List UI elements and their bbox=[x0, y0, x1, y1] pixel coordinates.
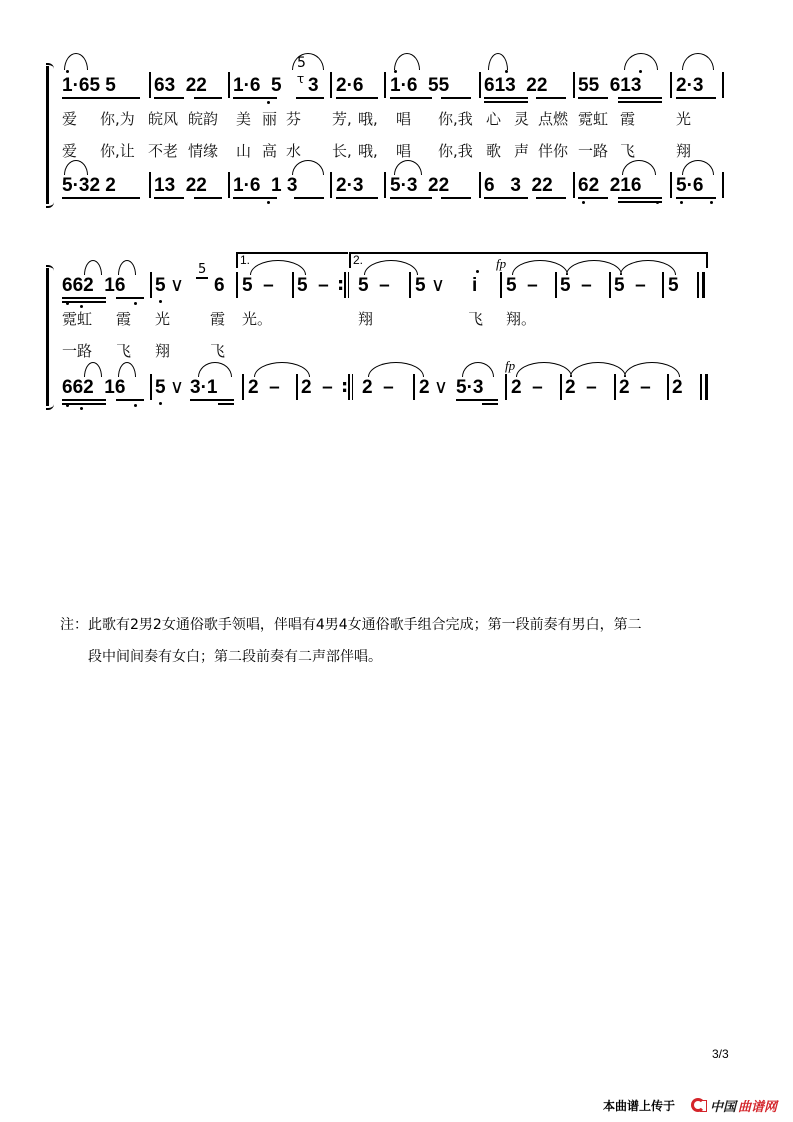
upper-measure-8: 2·3 bbox=[676, 76, 703, 96]
beam bbox=[618, 197, 662, 199]
lyric: 你,让 bbox=[100, 142, 135, 160]
upper-measure-5: 5 – bbox=[358, 276, 390, 296]
octave-dot bbox=[66, 70, 69, 73]
lyric: 哦, bbox=[358, 110, 378, 128]
upper-measure-2: 63 22 bbox=[154, 76, 207, 96]
octave-dot bbox=[476, 270, 479, 273]
beam bbox=[294, 197, 324, 199]
lyric: 霞 bbox=[210, 310, 225, 328]
barline bbox=[296, 374, 298, 400]
lyric: 爱 bbox=[62, 110, 77, 128]
barline bbox=[409, 272, 411, 298]
lyric: 飞 bbox=[210, 342, 225, 360]
lower-measure-4: 2·3 bbox=[336, 176, 363, 196]
barline bbox=[479, 72, 481, 98]
lyric: 翔。 bbox=[506, 310, 536, 328]
final-barline bbox=[702, 272, 705, 298]
beam bbox=[233, 97, 277, 99]
final-barline bbox=[700, 374, 702, 400]
slur bbox=[624, 362, 680, 377]
bracket-cap-bottom bbox=[46, 404, 54, 410]
beam bbox=[484, 97, 528, 99]
lyric: 光 bbox=[155, 310, 170, 328]
slur bbox=[84, 260, 102, 275]
octave-dot bbox=[394, 70, 397, 73]
beam bbox=[116, 399, 144, 401]
barline bbox=[242, 374, 244, 400]
lower-measure-8: 2 – bbox=[565, 378, 597, 398]
octave-dot bbox=[159, 300, 162, 303]
beam bbox=[578, 197, 608, 199]
volta-label-1: 1. bbox=[240, 253, 250, 267]
beam bbox=[190, 399, 234, 401]
slur bbox=[394, 53, 420, 70]
upper-measure-5: 1·6 55 bbox=[390, 76, 449, 96]
lower-measure-3: 1·6 1 3 bbox=[233, 176, 297, 196]
slur bbox=[368, 362, 424, 377]
barline bbox=[722, 172, 724, 198]
upper-measure-4: 2·6 bbox=[336, 76, 363, 96]
beam bbox=[62, 297, 106, 299]
barline bbox=[573, 72, 575, 98]
lyric: 灵 bbox=[514, 110, 529, 128]
lyric: 翔 bbox=[358, 310, 373, 328]
upper-measure-2: 5 bbox=[155, 276, 166, 296]
barline bbox=[149, 72, 151, 98]
slur bbox=[118, 260, 136, 275]
barline bbox=[150, 374, 152, 400]
octave-dot bbox=[66, 404, 69, 407]
footnote-line-2: 段中间间奏有女白；第二段前奏有二声部伴唱。 bbox=[88, 642, 382, 672]
lyric: 光。 bbox=[242, 310, 272, 328]
footnote-line-1: 注：此歌有2男2女通俗歌手领唱，伴唱有4男4女通俗歌手组合完成；第一段前奏有男白… bbox=[60, 610, 642, 640]
octave-dot bbox=[639, 70, 642, 73]
lower-measure-2: 5 bbox=[155, 378, 166, 398]
barline bbox=[344, 272, 346, 298]
barline bbox=[560, 374, 562, 400]
lower-measure-8: 5·6 bbox=[676, 176, 703, 196]
lyric: 不老 bbox=[148, 142, 178, 160]
lower-measure-7: 2 – bbox=[511, 378, 543, 398]
breath-mark: ∨ bbox=[431, 276, 445, 296]
lower-measure-2b: 3·1 bbox=[190, 378, 217, 398]
beam bbox=[618, 101, 662, 103]
barline bbox=[609, 272, 611, 298]
beam bbox=[194, 197, 222, 199]
beam bbox=[536, 97, 566, 99]
lyric: 光 bbox=[676, 110, 691, 128]
final-barline bbox=[697, 272, 699, 298]
lyric: 哦, bbox=[358, 142, 378, 160]
barline bbox=[348, 374, 350, 400]
breath-mark: ∨ bbox=[170, 276, 184, 296]
beam bbox=[676, 197, 716, 199]
lyric: 爱 bbox=[62, 142, 77, 160]
lower-measure-1: 5·32 2 bbox=[62, 176, 116, 196]
system-bracket bbox=[46, 66, 49, 204]
octave-dot bbox=[656, 201, 659, 204]
upload-credit: 本曲谱上传于 bbox=[603, 1097, 675, 1114]
barline bbox=[667, 374, 669, 400]
lyric: 芳, bbox=[332, 110, 352, 128]
barline bbox=[555, 272, 557, 298]
lyric: 霓虹 bbox=[578, 110, 608, 128]
octave-dot bbox=[267, 101, 270, 104]
lyric: 伴你 bbox=[538, 142, 568, 160]
barline bbox=[614, 374, 616, 400]
lyric: 皖风 bbox=[148, 110, 178, 128]
grace-note: 5 bbox=[198, 262, 206, 277]
bracket-cap-top bbox=[46, 265, 54, 271]
lyric: 你,我 bbox=[438, 110, 473, 128]
octave-dot bbox=[66, 302, 69, 305]
lower-measure-2: 13 22 bbox=[154, 176, 207, 196]
upper-measure-9: 5 – bbox=[614, 276, 646, 296]
lyric: 点燃 bbox=[538, 110, 568, 128]
barline bbox=[236, 272, 238, 298]
barline bbox=[573, 172, 575, 198]
slur bbox=[64, 53, 88, 70]
beam bbox=[390, 197, 432, 199]
lyric: 声 bbox=[514, 142, 529, 160]
lyric: 翔 bbox=[155, 342, 170, 360]
lower-measure-5: 5·3 22 bbox=[390, 176, 449, 196]
final-barline bbox=[705, 374, 708, 400]
lower-measure-6b: 5·3 bbox=[456, 378, 483, 398]
lyric: 山 bbox=[236, 142, 251, 160]
lyric: 霞 bbox=[620, 110, 635, 128]
beam bbox=[154, 97, 184, 99]
octave-dot bbox=[80, 305, 83, 308]
beam bbox=[390, 97, 432, 99]
grace-mark: ꚍ bbox=[297, 72, 304, 86]
breath-mark: ∨ bbox=[170, 378, 184, 398]
lyric: 水 bbox=[286, 142, 301, 160]
upper-measure-6: 5 bbox=[415, 276, 426, 296]
octave-dot bbox=[505, 70, 508, 73]
lower-measure-6: 6 3 22 bbox=[484, 176, 553, 196]
beam bbox=[62, 197, 140, 199]
upper-measure-4: 5 – bbox=[297, 276, 329, 296]
lyric: 一路 bbox=[578, 142, 608, 160]
upper-measure-1: 1·65 5 bbox=[62, 76, 116, 96]
lyric: 丽 bbox=[262, 110, 277, 128]
barline bbox=[662, 272, 664, 298]
slur bbox=[84, 362, 102, 377]
barline bbox=[384, 172, 386, 198]
lyric: 高 bbox=[262, 142, 277, 160]
lyric: 飞 bbox=[620, 142, 635, 160]
upper-measure-3: 1·6 5 bbox=[233, 76, 282, 96]
beam bbox=[676, 97, 716, 99]
lower-measure-7: 62 216 bbox=[578, 176, 641, 196]
slur bbox=[516, 362, 572, 377]
breath-mark: ∨ bbox=[434, 378, 448, 398]
barline bbox=[228, 172, 230, 198]
lyric: 皖韵 bbox=[188, 110, 218, 128]
octave-dot bbox=[680, 201, 683, 204]
lyric: 情缘 bbox=[188, 142, 218, 160]
octave-dot bbox=[134, 404, 137, 407]
beam bbox=[218, 403, 234, 405]
beam bbox=[618, 97, 662, 99]
lyric: 歌 bbox=[486, 142, 501, 160]
barline bbox=[330, 172, 332, 198]
beam bbox=[154, 197, 184, 199]
barline bbox=[722, 72, 724, 98]
beam bbox=[62, 97, 140, 99]
slur bbox=[624, 53, 658, 70]
beam bbox=[336, 97, 378, 99]
lower-measure-10: 2 bbox=[672, 378, 683, 398]
lyric: 你,为 bbox=[100, 110, 135, 128]
upper-measure-2b: 6 bbox=[214, 276, 225, 296]
octave-dot bbox=[710, 201, 713, 204]
slur bbox=[292, 160, 324, 175]
beam bbox=[441, 97, 471, 99]
lower-measure-3: 2 – bbox=[248, 378, 280, 398]
page-number: 3/3 bbox=[712, 1047, 729, 1061]
lyric: 芬 bbox=[286, 110, 301, 128]
beam bbox=[336, 197, 378, 199]
barline bbox=[479, 172, 481, 198]
slur bbox=[682, 53, 714, 70]
slur bbox=[462, 362, 494, 377]
barline bbox=[330, 72, 332, 98]
beam bbox=[484, 197, 528, 199]
upper-measure-1: 662 16 bbox=[62, 276, 125, 296]
dynamic-marking: fp bbox=[505, 358, 515, 374]
barline bbox=[150, 272, 152, 298]
slur bbox=[118, 362, 136, 377]
lower-measure-6: 2 bbox=[419, 378, 430, 398]
octave-dot bbox=[134, 302, 137, 305]
barline bbox=[384, 72, 386, 98]
upper-measure-7: 5 – bbox=[506, 276, 538, 296]
volta-label-2: 2. bbox=[353, 253, 363, 267]
beam bbox=[456, 399, 498, 401]
logo-text-secondary[interactable]: 曲谱网 bbox=[738, 1096, 777, 1115]
beam bbox=[194, 97, 222, 99]
lyric: 心 bbox=[486, 110, 501, 128]
beam bbox=[116, 297, 144, 299]
beam bbox=[62, 399, 106, 401]
lyric: 你,我 bbox=[438, 142, 473, 160]
barline bbox=[505, 374, 507, 400]
beam bbox=[482, 403, 498, 405]
lyric: 翔 bbox=[676, 142, 691, 160]
lower-measure-9: 2 – bbox=[619, 378, 651, 398]
beam bbox=[484, 101, 528, 103]
octave-dot bbox=[582, 201, 585, 204]
barline bbox=[670, 172, 672, 198]
upper-measure-3b: 3 bbox=[308, 76, 319, 96]
lyric: 飞 bbox=[468, 310, 483, 328]
upper-measure-6: 613 22 bbox=[484, 76, 547, 96]
lower-measure-4: 2 – bbox=[301, 378, 333, 398]
upper-measure-3: 5 – bbox=[242, 276, 274, 296]
octave-dot bbox=[159, 402, 162, 405]
beam bbox=[536, 197, 566, 199]
system-bracket bbox=[46, 268, 49, 406]
logo-mark bbox=[700, 1100, 707, 1112]
lower-measure-5: 2 – bbox=[362, 378, 394, 398]
lyric: 唱 bbox=[396, 142, 411, 160]
octave-dot bbox=[80, 407, 83, 410]
beam bbox=[296, 97, 324, 99]
upper-measure-8: 5 – bbox=[560, 276, 592, 296]
barline bbox=[292, 272, 294, 298]
barline bbox=[348, 272, 349, 298]
beam bbox=[578, 97, 608, 99]
barline bbox=[149, 172, 151, 198]
beam bbox=[233, 197, 277, 199]
barline bbox=[228, 72, 230, 98]
slur bbox=[64, 160, 88, 175]
dynamic-marking: fp bbox=[496, 256, 506, 272]
slur bbox=[622, 160, 656, 175]
barline bbox=[413, 374, 415, 400]
barline bbox=[670, 72, 672, 98]
beam bbox=[441, 197, 471, 199]
lyric: 一路 bbox=[62, 342, 92, 360]
grace-mark bbox=[196, 277, 208, 279]
lyric: 美 bbox=[236, 110, 251, 128]
lyric: 飞 bbox=[116, 342, 131, 360]
barline bbox=[500, 272, 502, 298]
lyric: 霞 bbox=[116, 310, 131, 328]
slur bbox=[394, 160, 422, 175]
octave-dot bbox=[267, 201, 270, 204]
lyric: 唱 bbox=[396, 110, 411, 128]
slur bbox=[198, 362, 232, 377]
slur bbox=[570, 362, 626, 377]
logo-text-primary[interactable]: 中国 bbox=[710, 1096, 736, 1115]
upper-measure-10: 5 bbox=[668, 276, 679, 296]
lyric: 长, bbox=[332, 142, 352, 160]
slur bbox=[488, 53, 508, 70]
slur bbox=[682, 160, 714, 175]
lower-measure-1: 662 16 bbox=[62, 378, 125, 398]
bracket-cap-top bbox=[46, 63, 54, 69]
upper-measure-7: 55 613 bbox=[578, 76, 641, 96]
bracket-cap-bottom bbox=[46, 202, 54, 208]
slur bbox=[254, 362, 310, 377]
high-note: i bbox=[472, 276, 477, 296]
barline bbox=[352, 374, 353, 400]
lyric: 霓虹 bbox=[62, 310, 92, 328]
